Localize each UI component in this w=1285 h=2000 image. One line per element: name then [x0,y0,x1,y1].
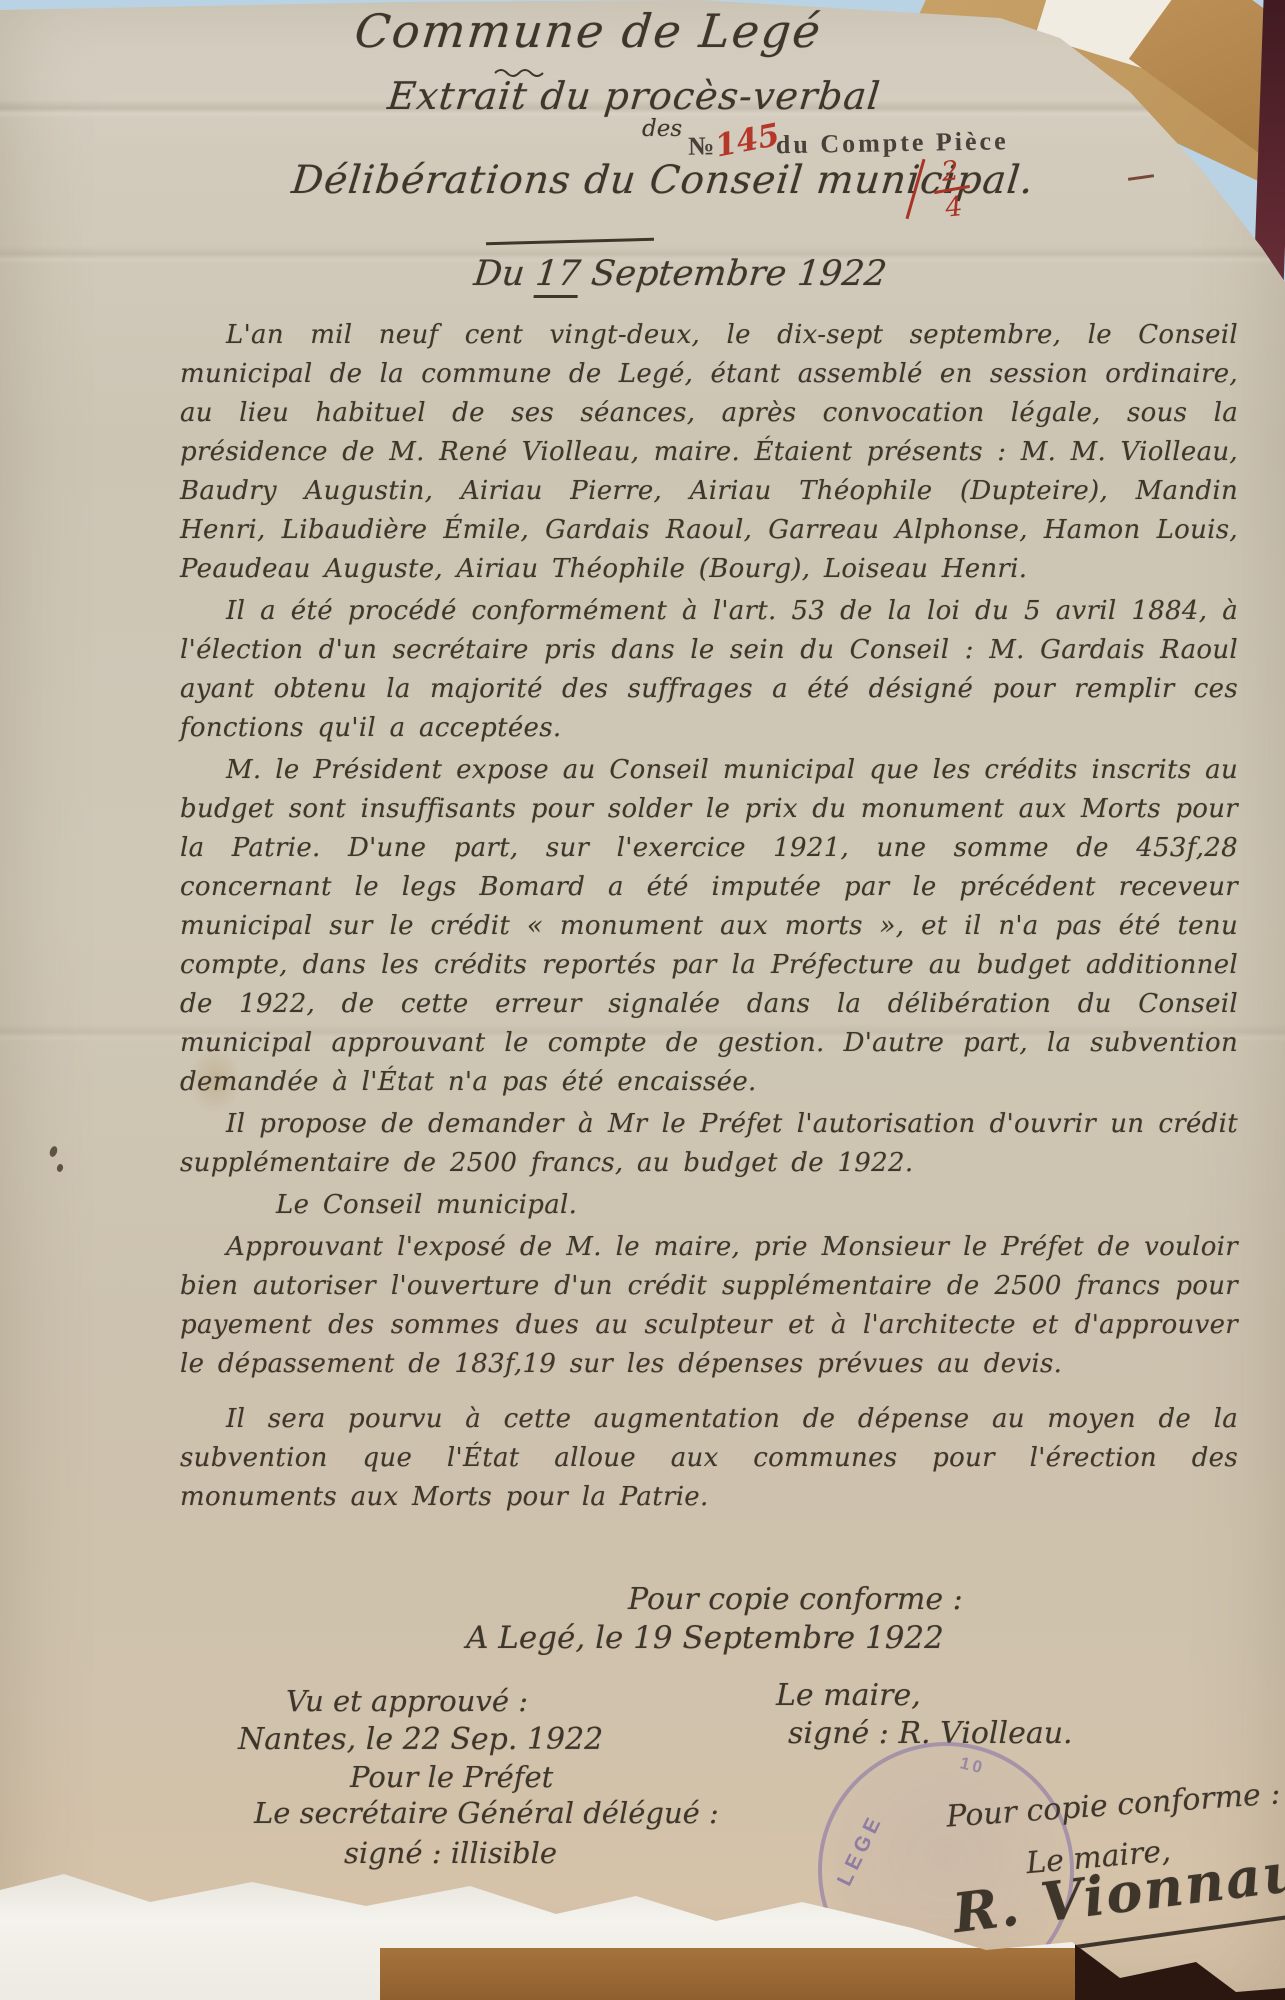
body-paragraph: L'an mil neuf cent vingt-deux, le dix-se… [180,316,1238,589]
secretaire-general-delegue: Le secrétaire Général délégué : [254,1796,719,1830]
document-page: Commune de Legé Extrait du procès-verbal… [0,0,1285,2000]
registry-stamp-text: du Compte Pièce [776,126,1009,159]
red-fraction: 2 4 [931,154,974,224]
body-paragraph: Il propose de demander à Mr le Préfet l'… [180,1105,1238,1183]
nantes-date: Nantes, le 22 Sep. 1922 [238,1722,603,1757]
handwritten-des: des [642,116,682,142]
body-paragraph: Approuvant l'exposé de M. le maire, prie… [180,1228,1238,1384]
deliberations-heading: Délibérations du Conseil municipal. [290,158,1037,203]
body-paragraph: Il a été procédé conformément à l'art. 5… [180,592,1238,748]
session-date: Du 17 Septembre 1922 [472,254,889,294]
date-rest: Septembre 1922 [589,254,888,294]
body-paragraph: Il sera pourvu à cette augmentation de d… [180,1400,1238,1517]
pour-le-prefet: Pour le Préfet [350,1760,553,1794]
fraction-denominator: 4 [944,191,964,224]
small-dash-mark [1128,174,1154,181]
vu-et-approuve: Vu et approuvé : [286,1684,528,1718]
paper-mark [56,1163,64,1172]
heading-rule [486,238,654,245]
date-prefix: Du [472,254,527,294]
le-maire-label: Le maire, [776,1678,921,1713]
fraction-numerator: 2 [940,155,960,188]
document-subtitle: Extrait du procès-verbal [386,74,883,118]
signed-illisible: signé : illisible [344,1836,557,1870]
pour-copie-conforme: Pour copie conforme : [628,1582,963,1617]
document-body: L'an mil neuf cent vingt-deux, le dix-se… [180,316,1238,1520]
paper-mark [48,1145,58,1158]
body-paragraph: M. le Président expose au Conseil munici… [180,751,1238,1102]
stamp-text-lege: LEGE [833,1810,888,1890]
page-title: Commune de Legé [352,4,825,58]
stamp-text-top: 10 [958,1753,987,1778]
body-paragraph: Le Conseil municipal. [276,1186,1238,1225]
place-and-date: A Legé, le 19 Septembre 1922 [466,1620,944,1656]
date-day: 17 [533,254,582,298]
